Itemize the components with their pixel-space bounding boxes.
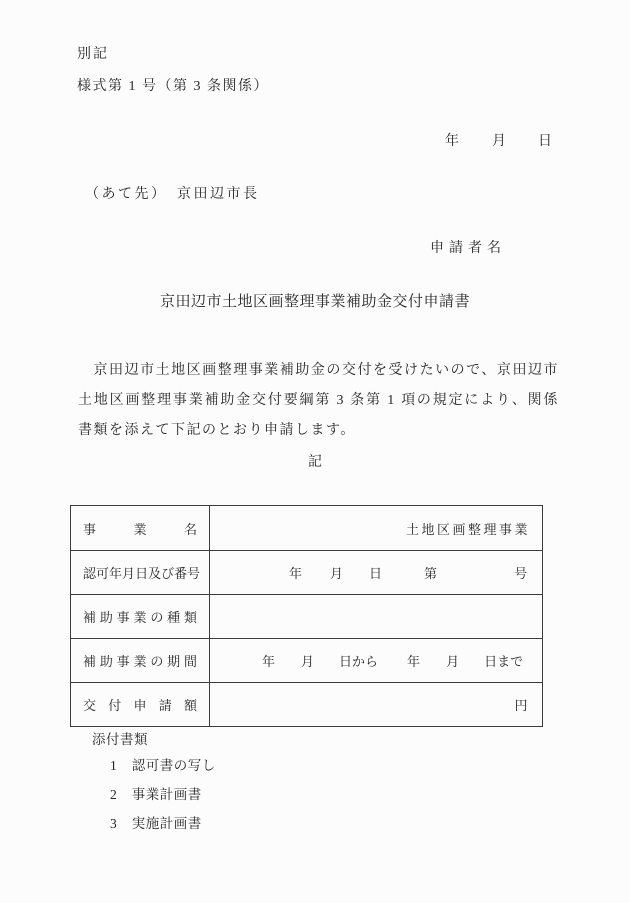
attachment-item: 3実施計画書 [110,817,202,831]
period-end-month-label: 月 [446,651,459,670]
table-row-label-cell: 補助事業の種類 [71,594,210,638]
table-row-value-cell [210,594,542,638]
table-row-label-cell: 認可年月日及び番号 [71,550,210,594]
period-start-year-label: 年 [262,651,275,670]
row-label-project-name: 事業名 [83,519,197,538]
approval-month-label: 月 [330,563,343,582]
addressee-line: （あて先） 京田辺市長 [85,188,260,202]
body-paragraph: 京田辺市土地区画整理事業補助金の交付を受けたいので、京田辺市土地区画整理事業補助… [78,356,559,446]
document-title: 京田辺市土地区画整理事業補助金交付申請書 [0,295,630,310]
period-end-year-label: 年 [407,651,420,670]
attachments-heading: 添付書類 [92,733,148,747]
table-row-label-cell: 交付申請額 [71,682,210,726]
attachment-text: 実施計画書 [132,816,202,831]
approval-number-suffix-label: 号 [514,563,527,582]
period-start-day-label: 日から [339,651,378,670]
table-row-value-cell: 年 月 日から 年 月 日まで [210,638,542,682]
attachment-number: 1 [110,758,117,773]
date-month-label: 月 [492,134,506,149]
period-start-month-label: 月 [301,651,314,670]
row-label-subsidy-period: 補助事業の期間 [83,651,197,670]
attachment-item: 1認可書の写し [110,759,216,773]
table-row-value-cell: 土地区画整理事業 [210,506,542,550]
table-row-label-cell: 事業名 [71,506,210,550]
approval-year-label: 年 [289,563,302,582]
approval-number-prefix-label: 第 [424,563,437,582]
table-row-value-cell: 年 月 日 第 号 [210,550,542,594]
attachment-number: 3 [110,816,117,831]
appendix-note: 別記 [77,48,109,62]
attachment-item: 2事業計画書 [110,788,202,802]
attachment-number: 2 [110,787,117,802]
attachment-text: 事業計画書 [132,787,202,802]
table-row-value-cell: 円 [210,682,542,726]
row-label-approval-date-number: 認可年月日及び番号 [83,563,197,582]
approval-day-label: 日 [369,563,382,582]
date-line: 年月日 [445,135,552,149]
row-label-subsidy-type: 補助事業の種類 [83,607,197,626]
row-label-application-amount: 交付申請額 [83,695,197,714]
document-page: 別記 様式第 1 号（第 3 条関係） 年月日 （あて先） 京田辺市長 申請者名… [0,0,630,903]
record-mark: 記 [0,456,630,470]
project-name-value: 土地区画整理事業 [406,519,530,538]
date-day-label: 日 [538,134,552,149]
date-year-label: 年 [445,134,459,149]
table-row-label-cell: 補助事業の期間 [71,638,210,682]
application-table: 事業名 土地区画整理事業 認可年月日及び番号 年 月 日 第 号 補助事業の種類… [70,505,543,727]
period-end-day-label: 日まで [484,651,523,670]
amount-yen-label: 円 [514,695,530,714]
form-number: 様式第 1 号（第 3 条関係） [77,80,269,94]
attachment-text: 認可書の写し [132,758,216,773]
applicant-name-label: 申請者名 [430,242,506,256]
